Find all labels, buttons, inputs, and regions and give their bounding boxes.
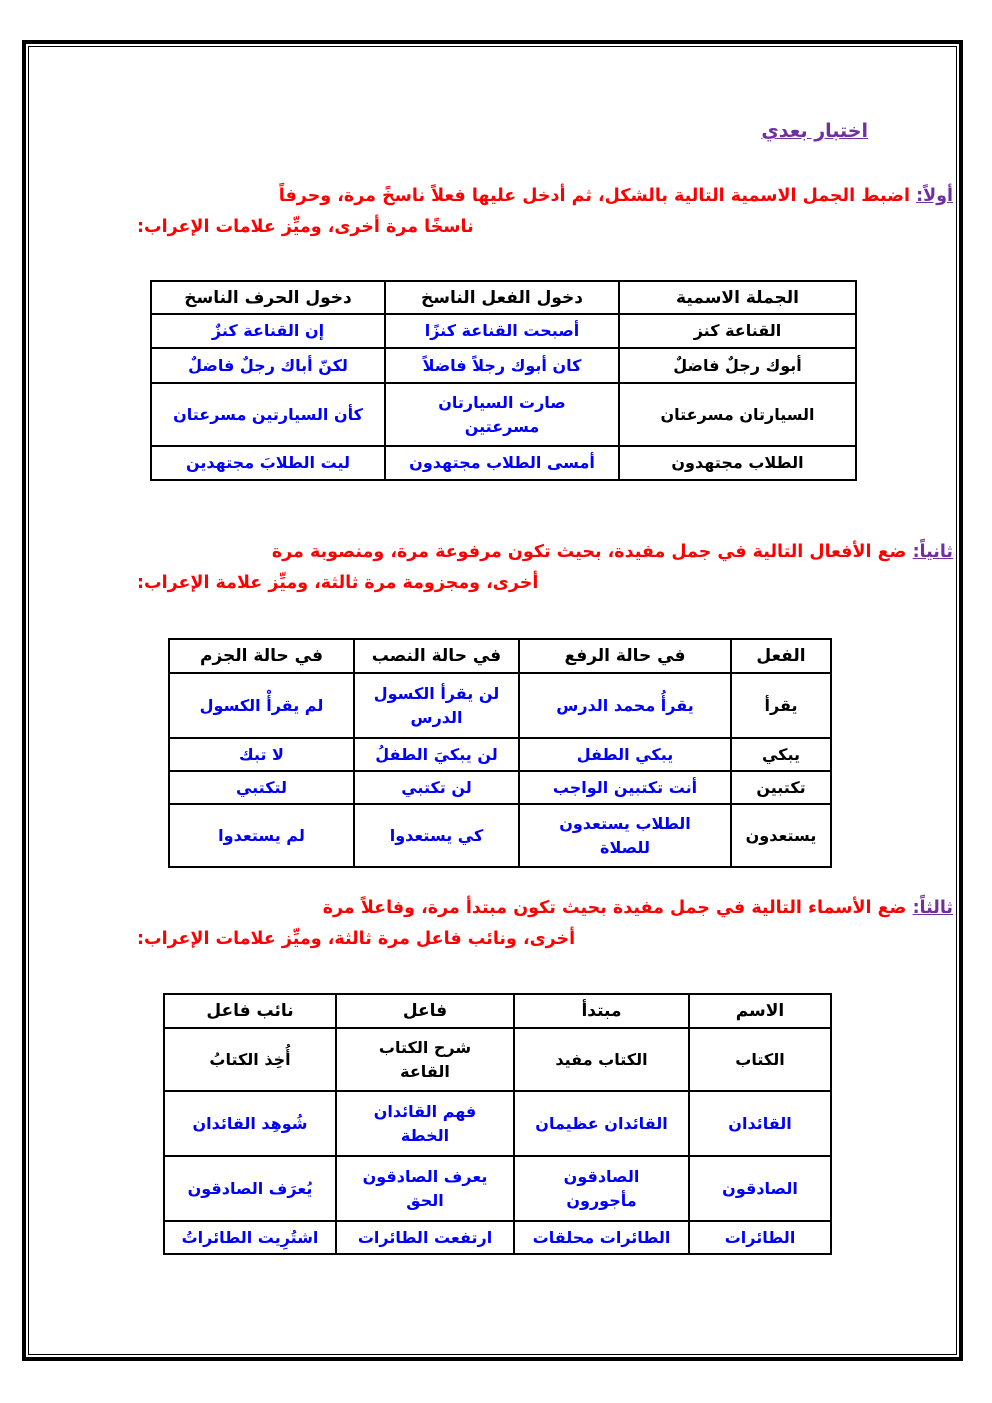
table-cell: لتكتبي — [169, 771, 354, 804]
table-cell: لم يقرأْ الكسول — [169, 673, 354, 738]
table-cell: السيارتان مسرعتان — [619, 383, 856, 446]
column-header: في حالة الجزم — [169, 639, 354, 673]
section-2-label: ثانياً: — [913, 542, 953, 562]
table-cell: يبكي — [731, 738, 831, 771]
table-row: يستعدون الطلاب يستعدون للصلاة كي يستعدوا… — [169, 804, 831, 867]
column-header: دخول الحرف الناسخ — [151, 281, 385, 314]
table-cell: لا تبك — [169, 738, 354, 771]
table-cell: لن تكتبي — [354, 771, 519, 804]
instruction-line: أخرى، ومجزومة مرة ثالثة، وميِّز علامة ال… — [137, 568, 953, 599]
document-page: اختبار بعدي أولاً: اضبط الجمل الاسمية ال… — [0, 0, 992, 1403]
table-cell: الصادقون — [689, 1156, 831, 1221]
instruction-line: أولاً: اضبط الجمل الاسمية التالية بالشكل… — [137, 181, 953, 212]
table-cell: ارتفعت الطائرات — [336, 1221, 514, 1254]
table-cell: أنت تكتبين الواجب — [519, 771, 731, 804]
table-row: الصادقون الصادقون مأجورون يعرف الصادقون … — [164, 1156, 831, 1221]
table-cell: شُوهِد القائدان — [164, 1091, 336, 1156]
instruction-text: اضبط الجمل الاسمية التالية بالشكل، ثم أد… — [279, 186, 910, 206]
table-cell: الصادقون مأجورون — [514, 1156, 689, 1221]
table-cell: يستعدون — [731, 804, 831, 867]
table-cell: يقرأُ محمد الدرس — [519, 673, 731, 738]
instruction-line: أخرى، ونائب فاعل مرة ثالثة، وميِّز علاما… — [137, 924, 953, 955]
column-header: الفعل — [731, 639, 831, 673]
table-cell: صارت السيارتان مسرعتين — [385, 383, 619, 446]
table-cell: القناعة كنز — [619, 314, 856, 348]
instruction-line: ناسخًا مرة أخرى، وميِّز علامات الإعراب: — [137, 212, 953, 243]
instruction-line: ثالثاً: ضع الأسماء التالية في جمل مفيدة … — [137, 893, 953, 924]
table-cell: يقرأ — [731, 673, 831, 738]
table-cell: الطائرات محلقات — [514, 1221, 689, 1254]
instruction-line: ثانياً: ضع الأفعال التالية في جمل مفيدة،… — [137, 537, 953, 568]
table-cell: لم يستعدوا — [169, 804, 354, 867]
column-header: الجملة الاسمية — [619, 281, 856, 314]
instruction-text: ضع الأسماء التالية في جمل مفيدة بحيث تكو… — [323, 898, 907, 918]
table-row: القائدان القائدان عظيمان فهم القائدان ال… — [164, 1091, 831, 1156]
table-cell: ليت الطلابَ مجتهدين — [151, 446, 385, 480]
section-1-label: أولاً: — [916, 186, 953, 206]
column-header: الاسم — [689, 994, 831, 1028]
table-cell: تكتبين — [731, 771, 831, 804]
table-row: السيارتان مسرعتان صارت السيارتان مسرعتين… — [151, 383, 856, 446]
section-2-instructions: ثانياً: ضع الأفعال التالية في جمل مفيدة،… — [137, 537, 953, 599]
table-cell: لكنّ أباك رجلٌ فاضلٌ — [151, 348, 385, 383]
table-row: أبوك رجلٌ فاضلٌ كان أبوك رجلاً فاضلاً لك… — [151, 348, 856, 383]
table-cell: شرح الكتاب القاعة — [336, 1028, 514, 1091]
table-cell: الكتاب — [689, 1028, 831, 1091]
table-cell: القائدان — [689, 1091, 831, 1156]
section-3-instructions: ثالثاً: ضع الأسماء التالية في جمل مفيدة … — [137, 893, 953, 955]
instruction-text: ضع الأفعال التالية في جمل مفيدة، بحيث تك… — [272, 542, 907, 562]
table-cell: يبكي الطفل — [519, 738, 731, 771]
table-row: يقرأ يقرأُ محمد الدرس لن يقرأ الكسول الد… — [169, 673, 831, 738]
table-row: يبكي يبكي الطفل لن يبكيَ الطفلُ لا تبك — [169, 738, 831, 771]
table-cell: فهم القائدان الخطة — [336, 1091, 514, 1156]
table-row: الطلاب مجتهدون أمسى الطلاب مجتهدون ليت ا… — [151, 446, 856, 480]
table-cell: أُخِذ الكتابُ — [164, 1028, 336, 1091]
table-cell: يُعرَف الصادقون — [164, 1156, 336, 1221]
table-nominal-sentences: الجملة الاسمية دخول الفعل الناسخ دخول ال… — [150, 280, 857, 481]
table-row: الكتاب الكتاب مفيد شرح الكتاب القاعة أُخ… — [164, 1028, 831, 1091]
table-cell: كأن السيارتين مسرعتان — [151, 383, 385, 446]
table-cell: كي يستعدوا — [354, 804, 519, 867]
table-cell: أبوك رجلٌ فاضلٌ — [619, 348, 856, 383]
table-cell: الطائرات — [689, 1221, 831, 1254]
table-cell: الطلاب يستعدون للصلاة — [519, 804, 731, 867]
column-header: في حالة النصب — [354, 639, 519, 673]
table-cell: كان أبوك رجلاً فاضلاً — [385, 348, 619, 383]
table-cell: يعرف الصادقون الحق — [336, 1156, 514, 1221]
column-header: مبتدأ — [514, 994, 689, 1028]
column-header: في حالة الرفع — [519, 639, 731, 673]
table-cell: لن يقرأ الكسول الدرس — [354, 673, 519, 738]
table-cell: إن القناعة كنزٌ — [151, 314, 385, 348]
table-nouns: الاسم مبتدأ فاعل نائب فاعل الكتاب الكتاب… — [163, 993, 832, 1255]
table-verbs: الفعل في حالة الرفع في حالة النصب في حال… — [168, 638, 832, 868]
table-row: الطائرات الطائرات محلقات ارتفعت الطائرات… — [164, 1221, 831, 1254]
table-cell: اشتُرِيت الطائراتُ — [164, 1221, 336, 1254]
table-cell: القائدان عظيمان — [514, 1091, 689, 1156]
table-cell: أمسى الطلاب مجتهدون — [385, 446, 619, 480]
column-header: دخول الفعل الناسخ — [385, 281, 619, 314]
table-row: القناعة كنز أصبحت القناعة كنزًا إن القنا… — [151, 314, 856, 348]
table-cell: الطلاب مجتهدون — [619, 446, 856, 480]
table-cell: لن يبكيَ الطفلُ — [354, 738, 519, 771]
section-1-instructions: أولاً: اضبط الجمل الاسمية التالية بالشكل… — [137, 181, 953, 243]
table-cell: الكتاب مفيد — [514, 1028, 689, 1091]
page-title: اختبار بعدي — [761, 120, 868, 142]
table-row: تكتبين أنت تكتبين الواجب لن تكتبي لتكتبي — [169, 771, 831, 804]
table-cell: أصبحت القناعة كنزًا — [385, 314, 619, 348]
column-header: نائب فاعل — [164, 994, 336, 1028]
column-header: فاعل — [336, 994, 514, 1028]
section-3-label: ثالثاً: — [913, 898, 953, 918]
